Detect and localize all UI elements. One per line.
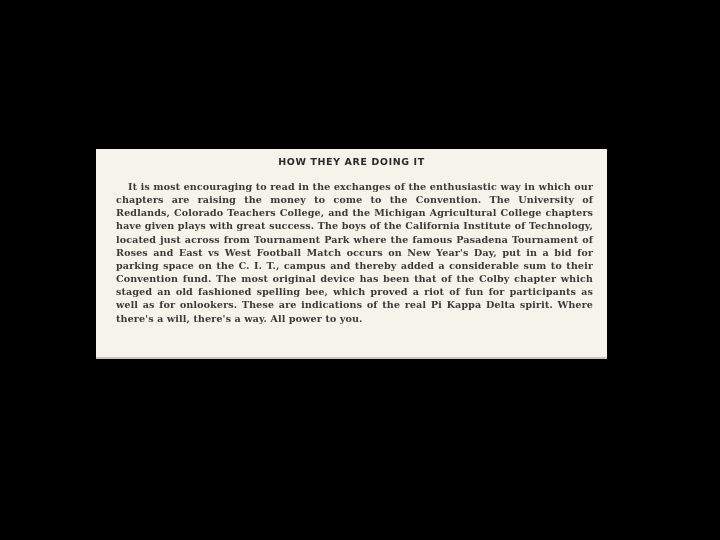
- newspaper-clipping: HOW THEY ARE DOING IT It is most encoura…: [96, 149, 607, 359]
- article-body: It is most encouraging to read in the ex…: [116, 181, 593, 326]
- article-title: HOW THEY ARE DOING IT: [96, 157, 607, 168]
- page-background: HOW THEY ARE DOING IT It is most encoura…: [0, 0, 720, 540]
